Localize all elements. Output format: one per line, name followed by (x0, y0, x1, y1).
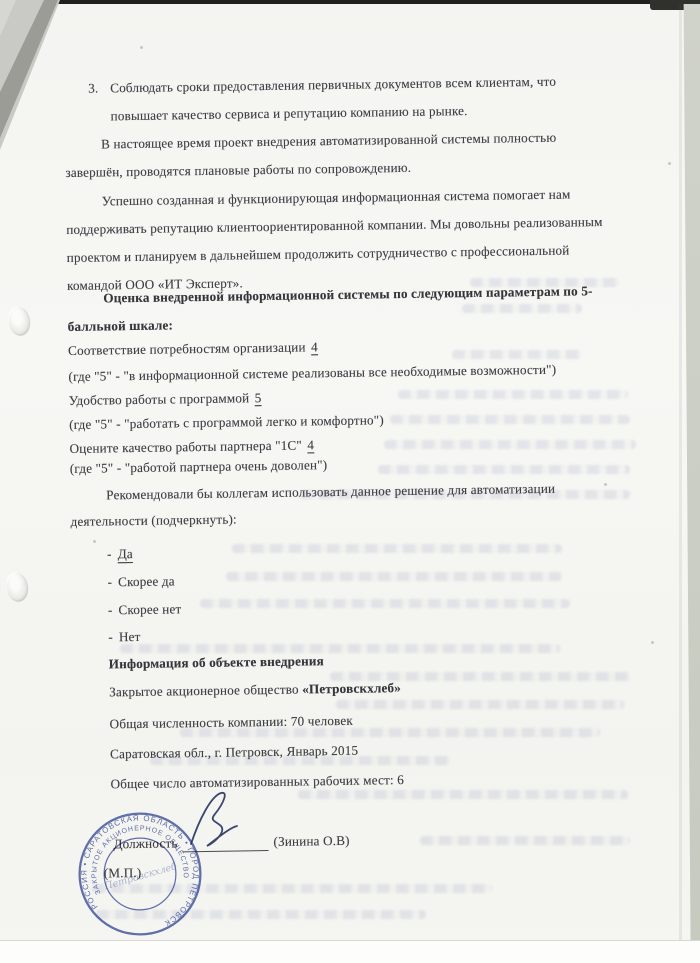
rating-heading-line: балльной шкале: (68, 316, 174, 336)
body-line: Рекомендовали бы коллегам использовать д… (106, 480, 555, 505)
info-staff-line: Общая численность компании: 70 человек (109, 712, 353, 734)
punch-mark (5, 304, 33, 338)
body-line: проектом и планируем в дальнейшем продол… (67, 242, 570, 267)
signature-name: (Зинина О.В) (273, 832, 349, 851)
company-line: Закрытое акционерное общество «Петровскх… (109, 679, 401, 701)
rating-note: (где "5" - "работой партнера очень довол… (70, 456, 328, 478)
rating-note: (где "5" - "работать с программой легко … (69, 411, 384, 434)
list-number: 3. (88, 79, 98, 97)
body-line: Соблюдать сроки предоставления первичных… (110, 73, 556, 98)
rating-label: Удобство работы с программой (69, 390, 250, 408)
scanner-edge-right (679, 4, 700, 940)
body-line: деятельности (подчеркнуть): (70, 510, 236, 530)
option-dash: - (107, 545, 112, 563)
speckle (140, 46, 143, 49)
option-item: -Нет (108, 628, 140, 646)
stamp-center-text: Петровскхлеб (102, 861, 178, 893)
body-line: поддерживать репутацию клиентоориентиров… (66, 213, 603, 239)
info-location-line: Саратовская обл., г. Петровск, Январь 20… (110, 742, 358, 764)
option-item: -Скорее да (107, 572, 174, 591)
option-dash: - (108, 628, 113, 646)
option-label: Скорее да (118, 573, 175, 589)
company-prefix: Закрытое акционерное общество (109, 682, 302, 700)
option-label: Нет (119, 629, 141, 644)
option-item: -Да (107, 545, 133, 563)
option-label: Скорее нет (118, 601, 181, 617)
body-line: В настоящее время проект внедрения автом… (101, 129, 557, 154)
rating-label: Соответствие потребностям организации (68, 339, 306, 358)
option-dash: - (108, 601, 113, 619)
rating-line: Оцените качество работы партнера "1С" 4 (69, 436, 316, 458)
letter-body: 3. Соблюдать сроки предоставления первич… (64, 67, 661, 916)
body-line: повышает качество сервиса и репутацию ко… (110, 102, 467, 125)
option-label-selected: Да (118, 546, 133, 561)
info-heading: Информация об объекте внедрения (109, 652, 324, 673)
signature-scribble (185, 788, 265, 850)
rating-note: (где "5" - "в информационной системе реа… (68, 361, 556, 386)
scanned-page: 3. Соблюдать сроки предоставления первич… (0, 0, 700, 963)
scan-top-edge-line (56, 0, 700, 4)
option-item: -Скорее нет (108, 600, 182, 619)
body-line: Успешно созданная и функционирующая инфо… (102, 186, 571, 211)
rating-line: Соответствие потребностям организации 4 (68, 338, 320, 360)
grade-value: 4 (305, 437, 316, 452)
rating-label: Оцените качество работы партнера "1С" (69, 438, 302, 456)
body-line: завершён, проводятся плановые работы по … (65, 159, 411, 182)
company-name: «Петровскхлеб» (302, 680, 401, 696)
option-dash: - (107, 573, 112, 591)
page-corner-fold (0, 0, 72, 172)
rating-line: Удобство работы с программой 5 (69, 389, 264, 410)
grade-value: 4 (309, 339, 320, 354)
page-right-edge-shadow (679, 4, 682, 940)
punch-mark (3, 570, 31, 604)
speckle (668, 162, 671, 165)
grade-value: 5 (253, 390, 264, 405)
